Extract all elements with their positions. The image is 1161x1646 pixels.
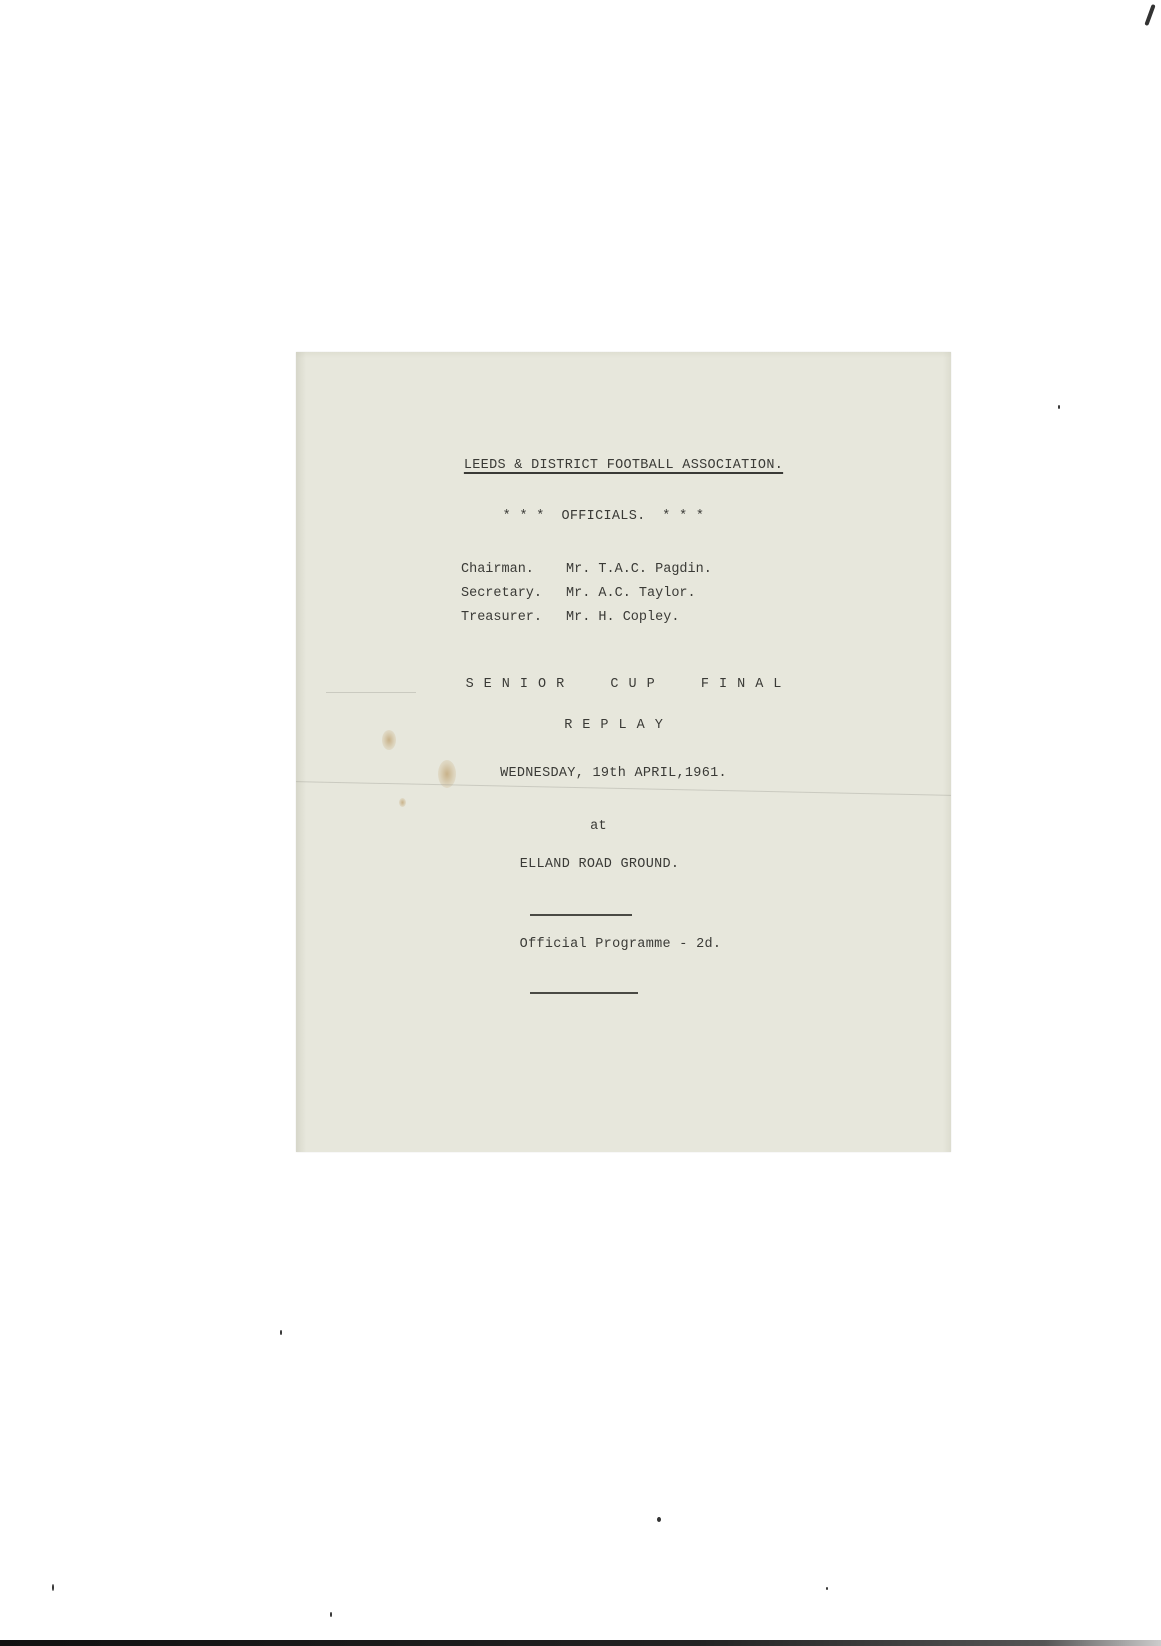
divider-rule: [530, 992, 638, 994]
stain-mark: [382, 730, 396, 750]
scan-speck: [52, 1584, 54, 1591]
official-row: Chairman. Mr. T.A.C. Pagdin.: [461, 562, 712, 586]
official-role: Secretary.: [461, 586, 566, 610]
scan-speck: [826, 1587, 828, 1590]
official-row: Secretary. Mr. A.C. Taylor.: [461, 586, 712, 610]
officials-list: Chairman. Mr. T.A.C. Pagdin. Secretary. …: [461, 562, 712, 634]
programme-sheet: LEEDS & DISTRICT FOOTBALL ASSOCIATION. *…: [296, 352, 951, 1152]
stain-mark: [399, 798, 406, 807]
divider-rule: [530, 914, 632, 916]
association-heading: LEEDS & DISTRICT FOOTBALL ASSOCIATION.: [296, 458, 951, 473]
official-role: Chairman.: [461, 562, 566, 586]
official-name: Mr. A.C. Taylor.: [566, 586, 712, 610]
official-name: Mr. T.A.C. Pagdin.: [566, 562, 712, 586]
scan-speck: [657, 1517, 661, 1522]
programme-price: Official Programme - 2d.: [293, 937, 948, 952]
scan-speck: [330, 1612, 332, 1617]
at-label: at: [271, 819, 926, 834]
scan-speck: [1144, 4, 1155, 26]
event-title: SENIOR CUP FINAL: [301, 677, 956, 692]
scan-speck: [1058, 405, 1060, 409]
paper-crease: [296, 781, 951, 796]
scanner-edge-bar: [0, 1640, 1161, 1646]
venue-name: ELLAND ROAD GROUND.: [272, 857, 927, 872]
scan-speck: [280, 1330, 282, 1335]
officials-heading: * * * OFFICIALS. * * *: [276, 509, 931, 524]
official-row: Treasurer. Mr. H. Copley.: [461, 610, 712, 634]
event-subtitle: REPLAY: [291, 718, 946, 733]
official-name: Mr. H. Copley.: [566, 610, 712, 634]
official-role: Treasurer.: [461, 610, 566, 634]
paper-crease: [326, 692, 416, 693]
match-date: WEDNESDAY, 19th APRIL,1961.: [286, 766, 941, 781]
